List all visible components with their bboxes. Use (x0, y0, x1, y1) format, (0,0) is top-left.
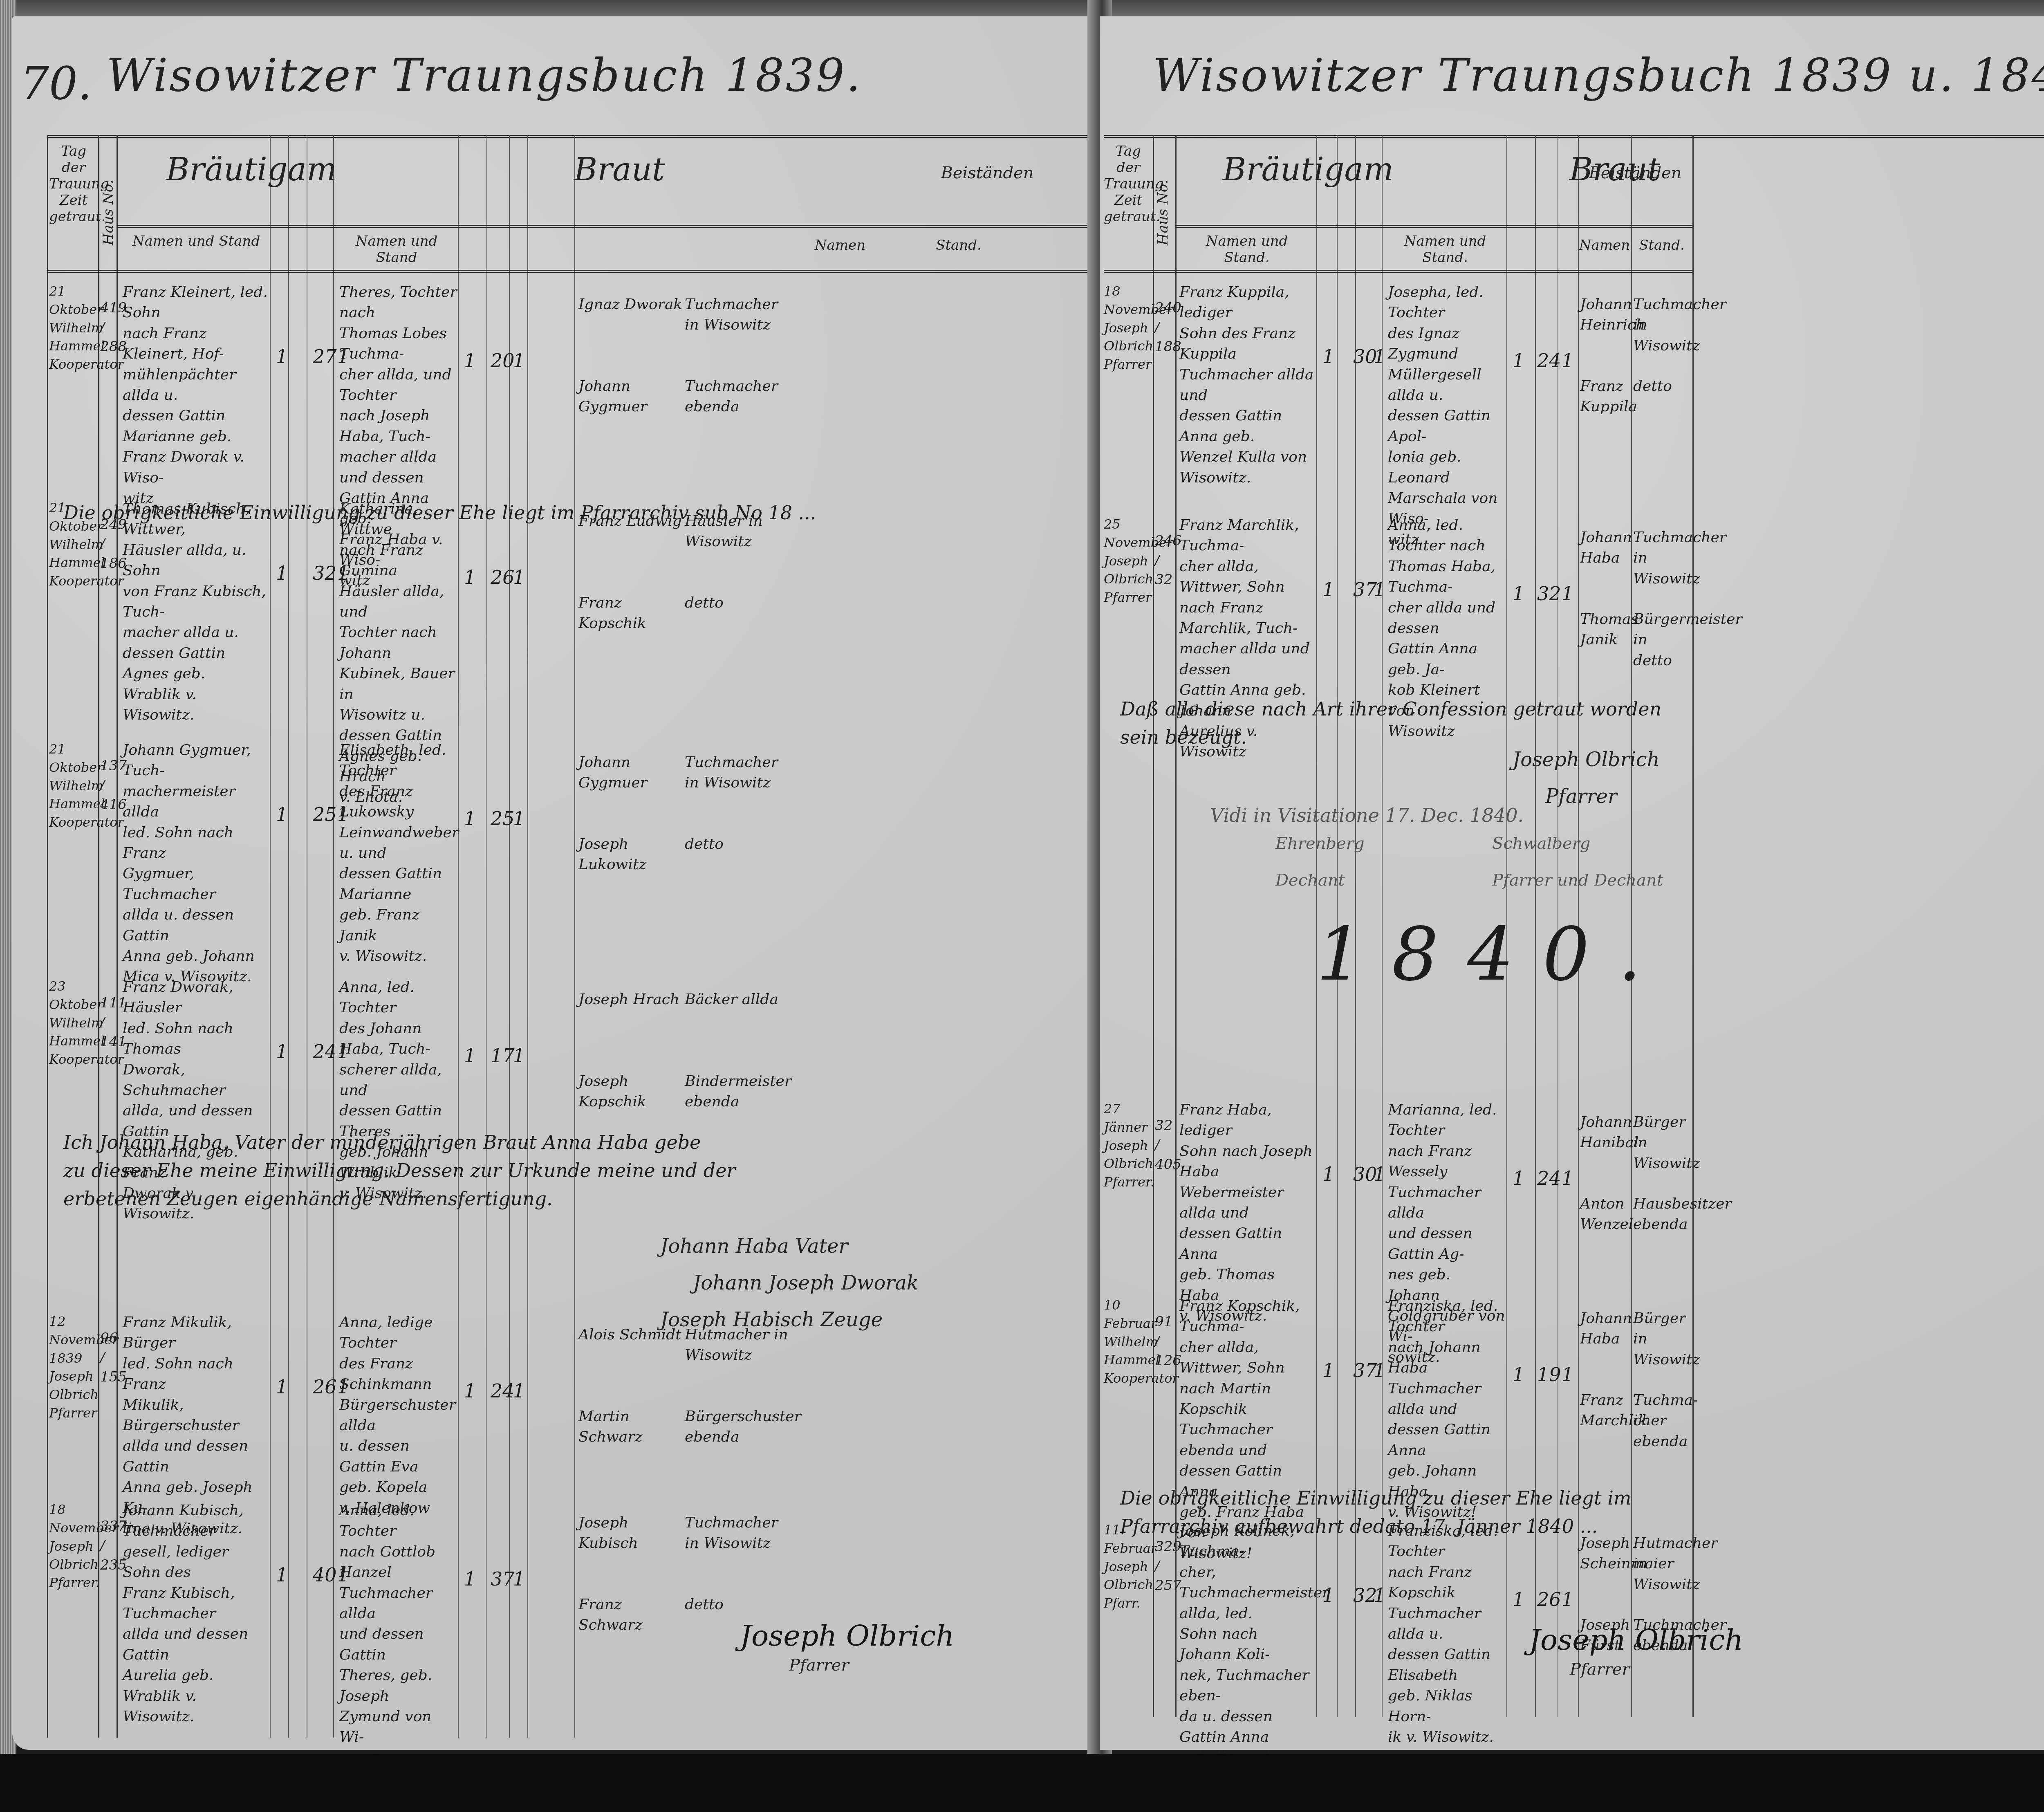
groom-name-status: Franz Haba, lediger Sohn nach Joseph Hab… (1179, 1100, 1314, 1326)
pastor-signature: Joseph Olbrich (1529, 1623, 1743, 1657)
note-signature: Pfarrer (1545, 785, 1617, 808)
bride-age: 32 (1537, 581, 1561, 607)
bride-age: 17 (491, 1043, 515, 1069)
bride-single: 1 (1562, 581, 1573, 607)
house-number: 246 / 32 (1155, 531, 1175, 590)
header-groom: Bräutigam (1206, 151, 1410, 188)
col-divider (1153, 135, 1154, 1717)
trauung-date: 18 November Joseph Olbrich Pfarrer. (49, 1500, 98, 1592)
witness-name: Johann Gygmuer (578, 752, 685, 794)
bride-single: 1 (513, 1566, 525, 1592)
bride-age: 26 (491, 564, 515, 590)
house-number: 137 / 416 (100, 756, 121, 815)
house-number: 32 / 405 (1155, 1116, 1175, 1175)
groom-age: 26 (313, 1374, 337, 1400)
groom-religion: 1 (276, 1038, 288, 1065)
header-witnesses: Beiständen (1578, 164, 1692, 182)
left-page: 70. Wisowitzer Traungsbuch 1839. Tag der… (12, 16, 1096, 1750)
bride-religion: 1 (1513, 1361, 1524, 1388)
pastor-title: Pfarrer (1570, 1660, 1630, 1679)
bride-age: 26 (1537, 1586, 1561, 1612)
groom-single: 1 (1374, 343, 1385, 370)
house-number: 419 / 288 (100, 298, 121, 357)
bride-single: 1 (513, 1043, 525, 1069)
groom-religion: 1 (276, 801, 288, 828)
bride-age: 20 (491, 348, 515, 374)
header-witnesses: Beiständen (905, 164, 1069, 182)
header-date: Tag der Trauung Zeit getraut. (1104, 143, 1153, 225)
witness-name: Ignaz Dworak (578, 294, 685, 315)
witness-status: Tuchmacher ebenda (685, 376, 791, 417)
bride-age: 24 (1537, 348, 1561, 374)
trauung-date: 21 Oktober Wilhelm Hammel Kooperator (49, 740, 98, 832)
bride-single: 1 (513, 1378, 525, 1404)
witness-status: Bürger in Wisowitz (1633, 1112, 1690, 1174)
groom-age: 24 (313, 1038, 337, 1065)
witness-status: Bäcker allda (685, 989, 791, 1010)
groom-religion: 1 (1322, 343, 1334, 370)
col-divider (527, 135, 528, 1738)
right-page: Wisowitzer Traungsbuch 1839 u. 1840. 71.… (1100, 16, 2044, 1750)
bride-religion: 1 (464, 564, 476, 590)
house-number: 240 / 188 (1155, 298, 1175, 357)
col-divider (333, 135, 334, 1738)
bride-single: 1 (1562, 348, 1573, 374)
visitation-signature: Dechant (1275, 871, 1345, 890)
witness-status: Tuchmacher in Wisowitz (685, 1513, 791, 1554)
register-table: Tag der Trauung Zeit getraut. Haus No. B… (47, 135, 1094, 1738)
witness-name: Johann Gygmuer (578, 376, 685, 417)
witness-status: Tuchmacher in Wisowitz (685, 752, 791, 794)
col-divider (486, 135, 487, 1738)
header-bride-name: Namen und Stand (341, 233, 452, 266)
witness-name: Thomas Janik (1580, 609, 1631, 650)
house-number: 111 / 141 (100, 993, 121, 1052)
col-divider (307, 135, 307, 1738)
bride-single: 1 (513, 564, 525, 590)
groom-religion: 1 (1322, 1161, 1334, 1187)
bride-religion: 1 (1513, 348, 1524, 374)
groom-single: 1 (1374, 1357, 1385, 1384)
header-house-no: Haus No. (1155, 159, 1171, 266)
note-signature: Johann Joseph Dworak (693, 1272, 919, 1294)
groom-religion: 1 (276, 1562, 288, 1588)
trauung-date: 23 Oktober Wilhelm Hammel Kooperator (49, 977, 98, 1069)
bride-name-status: Josepha, led. Tochter des Ignaz Zygmund … (1388, 282, 1506, 550)
book-spread: 70. Wisowitzer Traungsbuch 1839. Tag der… (0, 0, 2044, 1812)
page-title: Wisowitzer Traungsbuch 1839 u. 1840. (1153, 49, 2044, 101)
groom-age: 25 (313, 801, 337, 828)
group-header-rule (1175, 225, 1692, 228)
house-number: 329 / 257 (1155, 1537, 1175, 1596)
bride-religion: 1 (1513, 1165, 1524, 1191)
witness-name: Alois Schmidt (578, 1325, 685, 1345)
witness-status: Tuchmacher in Wisowitz (1633, 294, 1690, 356)
witness-status: Häusler in Wisowitz (685, 511, 791, 552)
bride-name-status: Franziska, led. Tochter nach Franz Kopsc… (1388, 1521, 1506, 1747)
bride-age: 24 (1537, 1165, 1561, 1191)
witness-name: Franz Marchlik (1580, 1390, 1631, 1431)
trauung-date: 27 Jänner Joseph Olbrich Pfarrer. (1104, 1100, 1153, 1191)
witness-name: Johann Haba (1580, 527, 1631, 569)
col-divider (270, 135, 271, 1738)
witness-name: Joseph Kubisch (578, 1513, 685, 1554)
table-top-rule (1104, 135, 2044, 138)
col-divider (1692, 135, 1694, 1717)
bride-religion: 1 (464, 1043, 476, 1069)
witness-name: Franz Kuppila (1580, 376, 1631, 417)
bride-age: 25 (491, 805, 515, 832)
witness-status: Hutmacher in Wisowitz (1633, 1533, 1690, 1595)
trauung-date: 10 Februar Wilhelm Hammel Kooperator (1104, 1296, 1153, 1388)
witness-name: Joseph Kopschik (578, 1071, 685, 1112)
groom-name-status: Johann Kubisch, Tuchmacher gesell, ledig… (123, 1500, 268, 1727)
page-title: Wisowitzer Traungsbuch 1839. (106, 49, 862, 101)
groom-single: 1 (1374, 576, 1385, 603)
bride-single: 1 (1562, 1361, 1573, 1388)
witness-name: Franz Kopschik (578, 593, 685, 634)
bride-single: 1 (513, 348, 525, 374)
bride-name-status: Anna, ledige Tochter des Franz Schinkman… (339, 1312, 458, 1518)
witness-status: Bindermeister ebenda (685, 1071, 791, 1112)
header-groom-name: Namen und Stand. (1186, 233, 1308, 266)
header-bride: Braut (517, 151, 722, 188)
groom-religion: 1 (1322, 1357, 1334, 1384)
visitation-signature: Pfarrer und Dechant (1492, 871, 1663, 890)
header-bottom-rule (1104, 270, 1692, 273)
bride-religion: 1 (464, 1566, 476, 1592)
header-witness-name: Namen (1578, 237, 1631, 253)
witness-status: Bürgermeister in detto (1633, 609, 1690, 671)
bride-single: 1 (1562, 1165, 1573, 1191)
groom-religion: 1 (276, 343, 288, 370)
groom-name-status: Thomas Kubisch, Wittwer, Häusler allda, … (123, 499, 268, 725)
note-signature: Joseph Olbrich (1513, 748, 1660, 771)
background-below-book (0, 1754, 2044, 1812)
groom-age: 32 (313, 560, 337, 586)
groom-religion: 1 (276, 1374, 288, 1400)
trauung-date: 18 November Joseph Olbrich Pfarrer (1104, 282, 1153, 374)
witness-status: Tuchmacher in Wisowitz (1633, 527, 1690, 589)
trauung-date: 11. Februar Joseph Olbrich Pfarr. (1104, 1521, 1153, 1612)
house-number: 91 / 126 (1155, 1312, 1175, 1371)
note-text: Daß alle diese nach Art ihrer Confession… (1120, 695, 1701, 751)
witness-name: Joseph Scheinmaier (1580, 1533, 1631, 1574)
header-bottom-rule (47, 270, 1094, 273)
witness-name: Joseph Hrach (578, 989, 685, 1010)
groom-age: 40 (313, 1562, 337, 1588)
col-divider (509, 135, 510, 1738)
bride-religion: 1 (464, 348, 476, 374)
year-1840: 1840. (1316, 912, 1670, 997)
groom-name-status: Franz Kleinert, led. Sohn nach Franz Kle… (123, 282, 268, 509)
bride-religion: 1 (464, 1378, 476, 1404)
col-divider (117, 135, 118, 1738)
page-number: 70. (20, 57, 92, 110)
bride-religion: 1 (464, 805, 476, 832)
groom-age: 27 (313, 343, 337, 370)
note-signature: Johann Haba Vater (660, 1235, 848, 1258)
witness-name: Martin Schwarz (578, 1406, 685, 1448)
register-table: Tag der Trauung Zeit getraut. Haus No. B… (1104, 135, 2044, 1717)
witness-name: Johann Hanibal (1580, 1112, 1631, 1153)
header-bride-name: Namen und Stand. (1390, 233, 1500, 266)
col-divider (458, 135, 459, 1738)
header-date: Tag der Trauung Zeit getraut. (49, 143, 98, 225)
witness-status: detto (685, 1594, 791, 1615)
col-divider (574, 135, 575, 1738)
witness-status: Bürger in Wisowitz (1633, 1308, 1690, 1370)
col-divider (1175, 135, 1177, 1717)
groom-single: 1 (1374, 1161, 1385, 1187)
witness-status: Bürgerschuster ebenda (685, 1406, 791, 1448)
witness-name: Joseph Lukowitz (578, 834, 685, 875)
bride-religion: 1 (1513, 1586, 1524, 1612)
header-groom: Bräutigam (149, 151, 354, 188)
trauung-date: 21 Oktober Wilhelm Hammel Kooperator (49, 282, 98, 374)
groom-religion: 1 (1322, 1582, 1334, 1608)
table-top-rule (47, 135, 1094, 138)
pastor-title: Pfarrer (789, 1656, 849, 1675)
witness-status: detto (1633, 376, 1690, 397)
bride-age: 37 (491, 1566, 515, 1592)
groom-name-status: Johann Gygmuer, Tuch- machermeister alld… (123, 740, 268, 987)
header-house-no: Haus No. (100, 159, 117, 266)
col-divider (47, 135, 48, 1738)
trauung-date: 12 November 1839 Joseph Olbrich Pfarrer (49, 1312, 98, 1422)
visitation-signature: Ehrenberg (1275, 834, 1365, 853)
groom-name-status: Franz Kuppila, lediger Sohn des Franz Ku… (1179, 282, 1314, 488)
header-witness-name: Namen (799, 237, 881, 253)
house-number: 249 / 186 (100, 515, 121, 574)
witness-name: Franz Ludwig (578, 511, 685, 531)
witness-name: Franz Schwarz (578, 1594, 685, 1636)
group-header-rule (117, 225, 1094, 228)
witness-status: Hausbesitzer ebenda (1633, 1194, 1690, 1235)
visitation-note: Vidi in Visitatione 17. Dec. 1840. (1210, 801, 1524, 830)
bride-name-status: Elisabeth, led. Tochter des Franz Lukows… (339, 740, 458, 967)
bride-single: 1 (513, 805, 525, 832)
witness-status: Tuchma- cher ebenda (1633, 1390, 1690, 1452)
header-groom-name: Namen und Stand (129, 233, 264, 249)
bride-single: 1 (1562, 1586, 1573, 1612)
bride-name-status: Anna, led. Tochter nach Gottlob Hanzel T… (339, 1500, 458, 1768)
house-number: 96 / 155 (100, 1329, 121, 1387)
header-witness-status: Stand. (1633, 237, 1690, 253)
witness-status: Hutmacher in Wisowitz (685, 1325, 791, 1366)
bride-age: 24 (491, 1378, 515, 1404)
witness-status: detto (685, 834, 791, 854)
house-number: 337 / 235 (100, 1517, 121, 1575)
trauung-date: 25 November Joseph Olbrich Pfarrer (1104, 515, 1153, 607)
col-divider (98, 135, 99, 1738)
groom-religion: 1 (1322, 576, 1334, 603)
bride-age: 19 (1537, 1361, 1561, 1388)
witness-name: Johann Haba (1580, 1308, 1631, 1350)
groom-religion: 1 (276, 560, 288, 586)
pastor-signature: Joseph Olbrich (740, 1619, 954, 1653)
header-witness-status: Stand. (918, 237, 1000, 253)
witness-name: Johann Heinrich (1580, 294, 1631, 336)
bride-religion: 1 (1513, 581, 1524, 607)
col-divider (288, 135, 289, 1738)
visitation-signature: Schwalberg (1492, 834, 1590, 853)
witness-status: detto (685, 593, 791, 613)
witness-name: Anton Wenzel (1580, 1194, 1631, 1235)
witness-status: Tuchmacher in Wisowitz (685, 294, 791, 336)
groom-single: 1 (1374, 1582, 1385, 1608)
trauung-date: 21 Oktober Wilhelm Hammel Kooperator (49, 499, 98, 590)
note-text: Ich Johann Haba, Vater der minderjährige… (63, 1128, 1065, 1213)
